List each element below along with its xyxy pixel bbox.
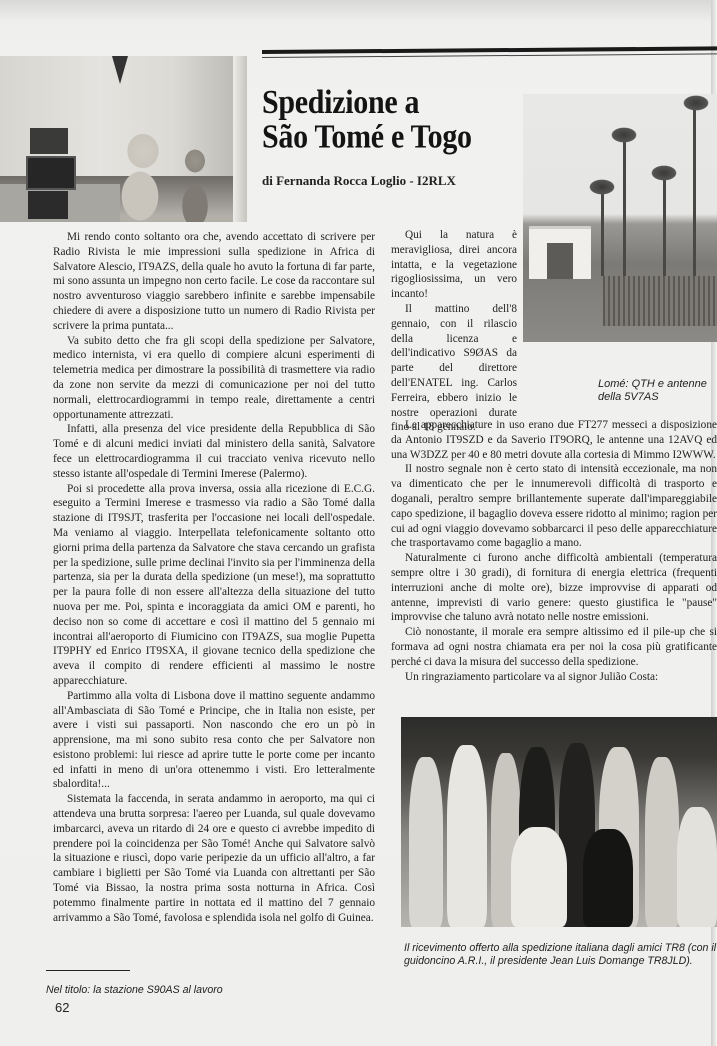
photo-person xyxy=(583,829,633,927)
caption-lome: Lomé: QTH e antenne della 5V7AS xyxy=(598,378,717,404)
photo-palm-crown xyxy=(649,164,679,182)
photo-person xyxy=(447,745,487,927)
photo-pennant xyxy=(112,56,128,84)
header-rule-thick xyxy=(262,46,717,54)
photo-radio-rig xyxy=(30,128,68,154)
magazine-page: Spedizione a São Tomé e Togo di Fernanda… xyxy=(0,0,717,1046)
photo-fence xyxy=(603,276,717,326)
text-column-left: Mi rendo conto soltanto ora che, avendo … xyxy=(53,230,375,925)
photo-radio-rig xyxy=(28,191,68,219)
caption-reception: Il ricevimento offerto alla spedizione i… xyxy=(404,942,717,967)
article-byline: di Fernanda Rocca Loglio - I2RLX xyxy=(262,173,456,189)
paragraph: Infatti, alla presenza del vice presiden… xyxy=(53,422,375,481)
photo-person xyxy=(511,827,567,927)
photo-palm xyxy=(623,134,626,284)
title-line-1: Spedizione a xyxy=(262,85,522,120)
paragraph: Partimmo alla volta di Lisbona dove il m… xyxy=(53,689,375,793)
footnote-rule xyxy=(46,970,130,971)
paragraph: Un ringraziamento particolare va al sign… xyxy=(391,670,717,685)
paragraph: Il nostro segnale non è certo stato di i… xyxy=(391,462,717,551)
caption-title-photo: Nel titolo: la stazione S90AS al lavoro xyxy=(46,984,223,996)
photo-person xyxy=(677,807,717,927)
text-column-right: Le apparecchiature in uso erano due FT27… xyxy=(391,418,717,684)
photo-building xyxy=(529,226,591,279)
article-title: Spedizione a São Tomé e Togo xyxy=(262,85,522,154)
paragraph: Sistemata la faccenda, in serata andammo… xyxy=(53,792,375,925)
photo-lome-qth xyxy=(523,94,717,342)
photo-door xyxy=(547,243,573,279)
paragraph: Ciò nonostante, il morale era sempre alt… xyxy=(391,625,717,669)
text-column-middle: Qui la natura è meravigliosa, direi anco… xyxy=(391,228,517,435)
paragraph: Mi rendo conto soltanto ora che, avendo … xyxy=(53,230,375,334)
photo-reception xyxy=(401,717,717,927)
page-number: 62 xyxy=(55,1000,69,1015)
paragraph: Poi si procedette alla prova inversa, os… xyxy=(53,482,375,689)
photo-palm-crown xyxy=(609,126,639,144)
header-rule-thin xyxy=(262,53,717,58)
photo-palm xyxy=(663,172,666,282)
caption-line: della 5V7AS xyxy=(598,391,717,404)
caption-line: Lomé: QTH e antenne xyxy=(598,378,717,391)
photo-palm xyxy=(693,104,696,284)
paragraph: Il mattino dell'8 gennaio, con il rilasc… xyxy=(391,302,517,435)
photo-palm-crown xyxy=(681,94,711,112)
photo-radio-station xyxy=(0,56,247,222)
photo-person xyxy=(645,757,679,927)
paragraph: Qui la natura è meravigliosa, direi anco… xyxy=(391,228,517,302)
title-line-2: São Tomé e Togo xyxy=(262,120,522,155)
paragraph: Le apparecchiature in uso erano due FT27… xyxy=(391,418,717,462)
photo-curtain xyxy=(233,56,247,222)
photo-palm-crown xyxy=(587,178,617,196)
paragraph: Naturalmente ci furono anche difficoltà … xyxy=(391,551,717,625)
photo-radio-rig xyxy=(26,156,76,190)
photo-person xyxy=(409,757,443,927)
photo-palm xyxy=(601,186,604,276)
paragraph: Va subito detto che fra gli scopi della … xyxy=(53,334,375,423)
